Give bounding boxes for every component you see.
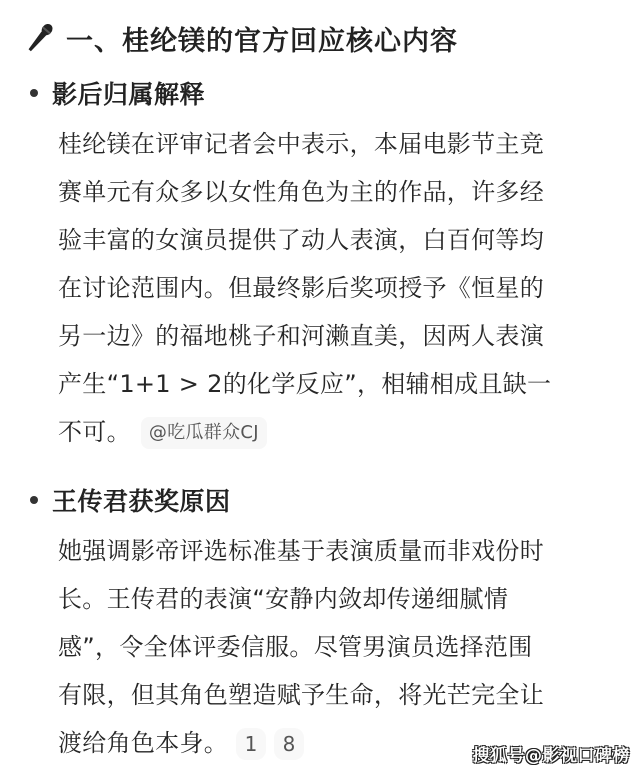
text-line-last: 不可。@吃瓜群众CJ (58, 408, 618, 456)
text-line: 验丰富的女演员提供了动人表演，白百何等均 (58, 216, 618, 264)
text-line-tail: 渡给角色本身。 (58, 729, 228, 757)
heading-label: 影后归属解释 (52, 75, 205, 111)
section-heading-actress: 影后归属解释 (30, 73, 205, 113)
section-title: 一、桂纶镁的官方回应核心内容 (24, 18, 458, 58)
text-line: 她强调影帝评选标准基于表演质量而非戏份时 (58, 527, 618, 575)
watermark: 搜狐号@影视口碑榜 (473, 741, 631, 766)
citation-number-badge[interactable]: 8 (274, 728, 304, 760)
bullet-icon (30, 89, 38, 97)
text-line-tail: 不可。 (58, 418, 131, 446)
paragraph-actress: 桂纶镁在评审记者会中表示，本届电影节主竞 赛单元有众多以女性角色为主的作品，许多… (58, 120, 618, 456)
text-line: 产生“1+1 > 2的化学反应”，相辅相成且缺一 (58, 360, 618, 408)
text-line: 赛单元有众多以女性角色为主的作品，许多经 (58, 168, 618, 216)
bullet-icon (30, 496, 38, 504)
paragraph-actor: 她强调影帝评选标准基于表演质量而非戏份时 长。王传君的表演“安静内敛却传递细腻情… (58, 527, 618, 767)
text-line: 长。王传君的表演“安静内敛却传递细腻情 (58, 575, 618, 623)
citation-number-badge[interactable]: 1 (236, 728, 266, 760)
text-line: 在讨论范围内。但最终影后奖项授予《恒星的 (58, 264, 618, 312)
text-line: 有限，但其角色塑造赋予生命，将光芒完全让 (58, 671, 618, 719)
section-heading-actor: 王传君获奖原因 (30, 480, 231, 520)
text-line: 感”，令全体评委信服。尽管男演员选择范围 (58, 623, 618, 671)
title-text: 一、桂纶镁的官方回应核心内容 (66, 19, 458, 58)
heading-label: 王传君获奖原因 (52, 482, 231, 518)
microphone-icon (24, 21, 56, 55)
text-line: 桂纶镁在评审记者会中表示，本届电影节主竞 (58, 120, 618, 168)
citation-badge[interactable]: @吃瓜群众CJ (141, 417, 267, 449)
text-line: 另一边》的福地桃子和河濑直美，因两人表演 (58, 312, 618, 360)
